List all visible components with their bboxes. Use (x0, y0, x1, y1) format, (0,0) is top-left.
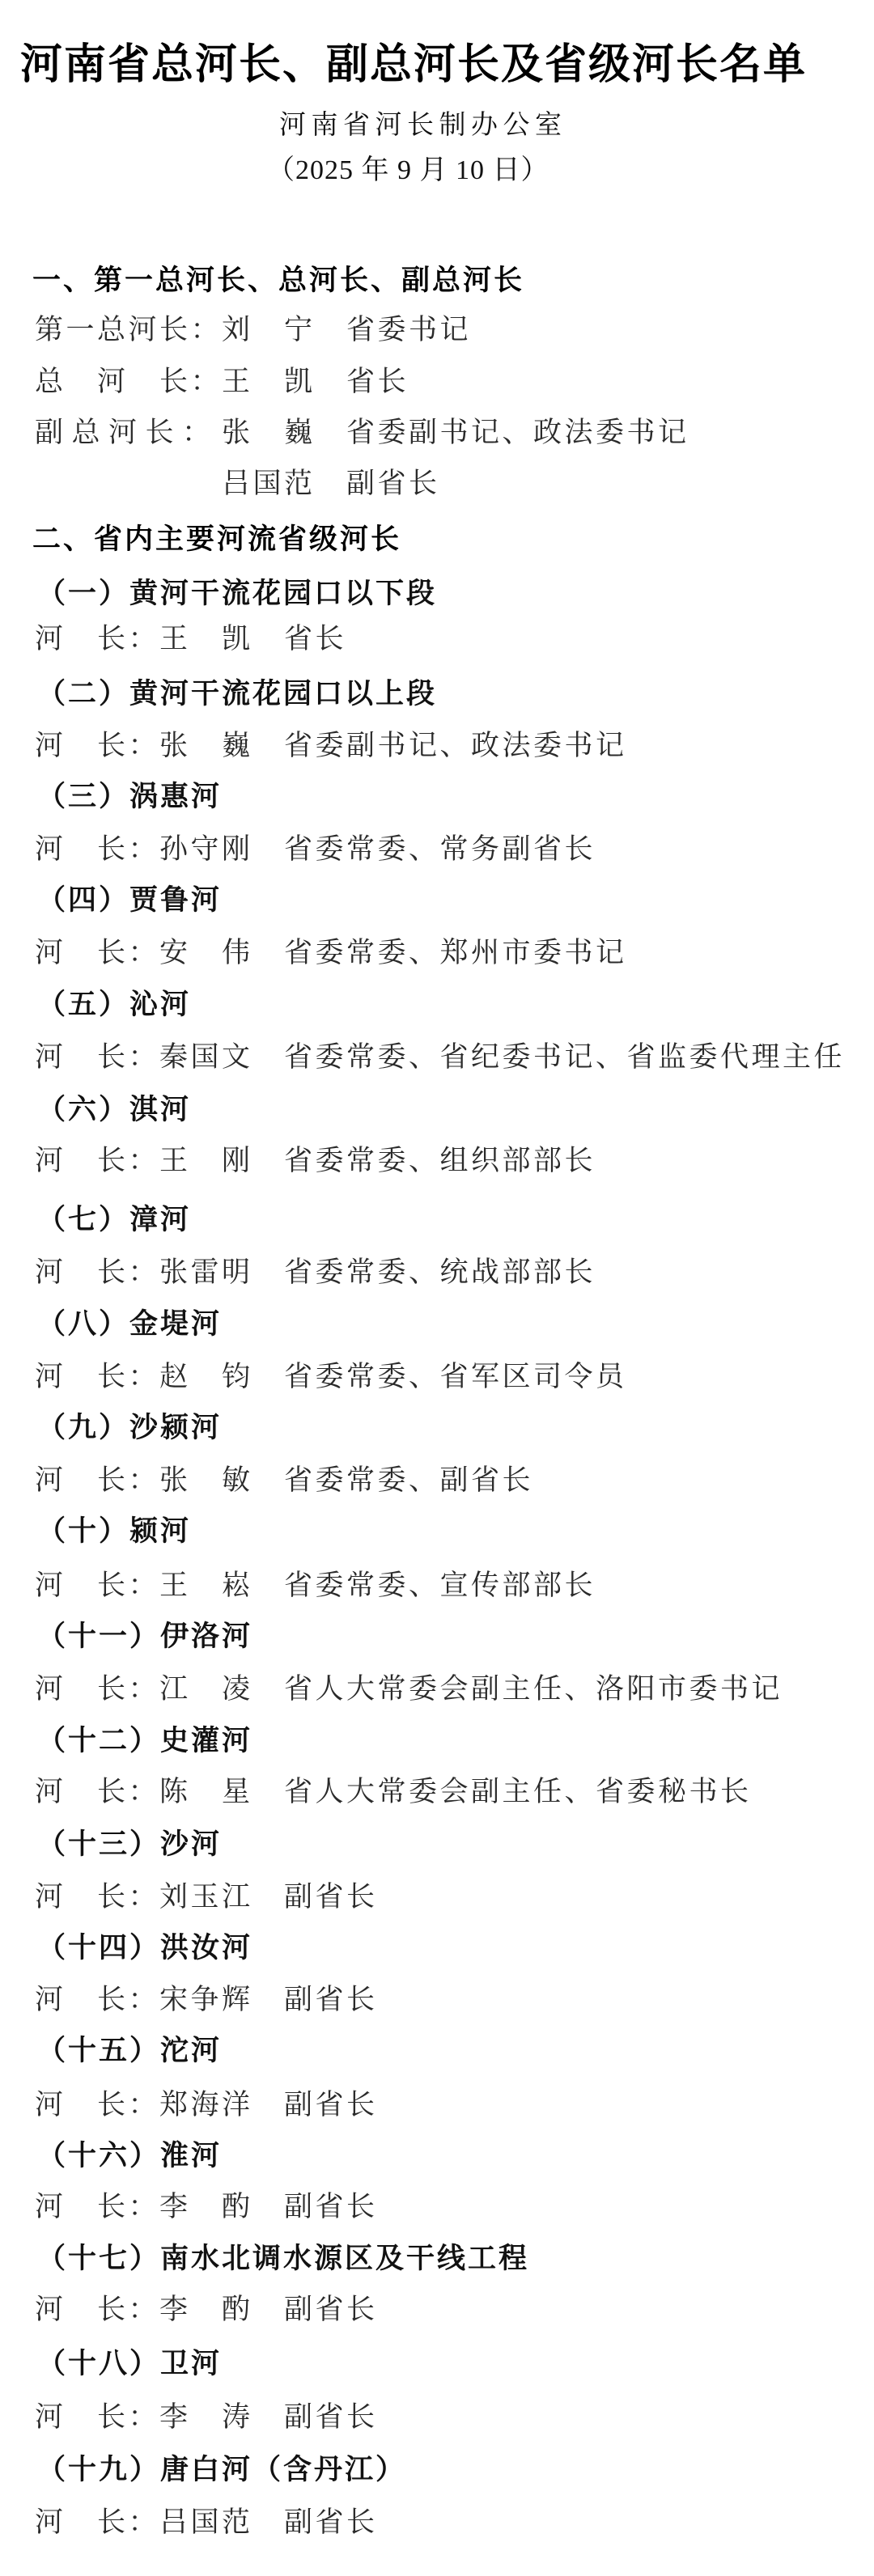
person-title: 省人大常委会副主任、省委秘书长 (284, 1774, 752, 1810)
person-title: 省委常委、统战部部长 (284, 1255, 596, 1290)
person-name: 李 酌 (159, 2292, 253, 2328)
river-name: 洪汝河 (160, 1931, 252, 1964)
person-name: 张雷明 (159, 1255, 253, 1290)
river-name: 卫河 (160, 2347, 222, 2380)
issue-date: （2025 年 9 月 10 日） (267, 153, 549, 189)
person-title: 副省长 (284, 2189, 378, 2225)
person-name: 安 伟 (159, 935, 253, 971)
person-title: 省委副书记、政法委书记 (284, 728, 627, 764)
person-title: 省委常委、常务副省长 (284, 832, 596, 867)
river-name: 沱河 (160, 2034, 222, 2067)
person-title: 副省长 (284, 2400, 378, 2435)
river-heading: （十）颍河 (37, 1514, 191, 1549)
role-label: 河 长： (35, 1359, 159, 1395)
river-heading: （八）金堤河 (37, 1307, 222, 1342)
river-name: 伊洛河 (160, 1620, 252, 1653)
person-title: 副省长 (284, 2292, 378, 2328)
role-label: 河 长： (35, 1463, 159, 1498)
role-label: 河 长： (35, 1255, 159, 1290)
person-name: 秦国文 (159, 1040, 253, 1075)
person-title: 省委副书记、政法委书记 (346, 415, 689, 451)
river-index: （十） (37, 1515, 129, 1548)
river-name: 颍河 (129, 1515, 191, 1548)
river-chief-row: 河 长：安 伟省委常委、郑州市委书记 (35, 935, 627, 971)
person-title: 省长 (346, 364, 409, 400)
river-chief-row: 河 长：王 凯省长 (35, 621, 346, 657)
person-name: 王 凯 (159, 621, 253, 657)
river-heading: （二）黄河干流花园口以上段 (37, 676, 437, 712)
person-title: 省长 (284, 621, 346, 657)
river-chief-row: 河 长：赵 钧省委常委、省军区司令员 (35, 1359, 627, 1395)
river-heading: （十六）淮河 (37, 2138, 222, 2174)
section-heading-chief-river-chiefs: 一、第一总河长、总河长、副总河长 (32, 263, 524, 299)
river-heading: （十三）沙河 (37, 1827, 222, 1862)
river-index: （十二） (37, 1724, 160, 1757)
river-name: 史灌河 (160, 1724, 252, 1757)
person-name: 张 巍 (222, 415, 316, 451)
person-title: 副省长 (284, 2505, 378, 2540)
river-index: （十九） (37, 2453, 160, 2486)
person-name: 张 巍 (159, 728, 253, 764)
person-title: 副省长 (284, 1879, 378, 1915)
river-name: 沙河 (160, 1828, 222, 1861)
river-chief-row: 河 长：宋争辉副省长 (35, 1982, 378, 2018)
role-label: 河 长： (35, 1671, 159, 1707)
river-heading: （十七）南水北调水源区及干线工程 (37, 2241, 529, 2277)
person-name: 李 酌 (159, 2189, 253, 2225)
person-name: 赵 钧 (159, 1359, 253, 1395)
river-index: （八） (37, 1307, 129, 1341)
river-index: （四） (37, 883, 129, 917)
person-title: 省委常委、省纪委书记、省监委代理主任 (284, 1040, 845, 1075)
river-index: （十五） (37, 2034, 160, 2067)
river-index: （二） (37, 677, 129, 710)
deputy-general-river-chief-row: 副总河长：张 巍省委副书记、政法委书记 (35, 415, 689, 451)
person-name: 孙守刚 (159, 832, 253, 867)
river-name: 黄河干流花园口以下段 (129, 577, 437, 610)
issuing-office: 河南省河长制办公室 (279, 107, 567, 142)
river-name: 贾鲁河 (129, 883, 222, 917)
river-chief-row: 河 长：李 酌副省长 (35, 2189, 378, 2225)
river-heading: （九）沙颍河 (37, 1410, 222, 1446)
river-name: 唐白河（含丹江） (160, 2453, 406, 2486)
role-label: 河 长： (35, 728, 159, 764)
first-general-river-chief-row: 第一总河长：刘 宁省委书记 (35, 312, 471, 348)
person-title: 省委书记 (346, 312, 471, 348)
person-name: 陈 星 (159, 1774, 253, 1810)
role-label: 河 长： (35, 1568, 159, 1604)
river-index: （七） (37, 1203, 129, 1236)
person-name: 吕国范 (159, 2505, 253, 2540)
general-river-chief-row: 总 河 长：王 凯省长 (35, 364, 409, 400)
river-chief-row: 河 长：江 凌省人大常委会副主任、洛阳市委书记 (35, 1671, 783, 1707)
river-name: 沙颍河 (129, 1411, 222, 1444)
person-title: 省委常委、省军区司令员 (284, 1359, 627, 1395)
river-heading: （十四）洪汝河 (37, 1930, 252, 1966)
river-heading: （五）沁河 (37, 987, 191, 1023)
river-chief-row: 河 长：秦国文省委常委、省纪委书记、省监委代理主任 (35, 1040, 845, 1075)
person-name: 刘玉江 (159, 1879, 253, 1915)
person-name: 郑海洋 (159, 2087, 253, 2123)
river-name: 南水北调水源区及干线工程 (160, 2242, 529, 2275)
river-name: 淇河 (129, 1093, 191, 1126)
river-heading: （一）黄河干流花园口以下段 (37, 576, 437, 612)
river-index: （三） (37, 780, 129, 813)
river-index: （五） (37, 988, 129, 1021)
role-label: 河 长： (35, 935, 159, 971)
person-title: 省人大常委会副主任、洛阳市委书记 (284, 1671, 783, 1707)
person-name: 吕国范 (222, 466, 316, 502)
river-index: （十四） (37, 1931, 160, 1964)
role-label: 副总河长： (35, 415, 222, 451)
river-chief-row: 河 长：陈 星省人大常委会副主任、省委秘书长 (35, 1774, 752, 1810)
person-name: 王 刚 (159, 1143, 253, 1179)
river-chief-row: 河 长：孙守刚省委常委、常务副省长 (35, 832, 596, 867)
role-label: 河 长： (35, 1774, 159, 1810)
person-name: 王 崧 (159, 1568, 253, 1604)
person-title: 副省长 (346, 466, 440, 502)
river-name: 金堤河 (129, 1307, 222, 1341)
person-name: 张 敏 (159, 1463, 253, 1498)
river-chief-row: 河 长：刘玉江副省长 (35, 1879, 378, 1915)
person-name: 宋争辉 (159, 1982, 253, 2018)
river-heading: （六）淇河 (37, 1092, 191, 1128)
river-chief-row: 河 长：郑海洋副省长 (35, 2087, 378, 2123)
river-heading: （三）涡惠河 (37, 779, 222, 815)
river-index: （十八） (37, 2347, 160, 2380)
river-chief-row: 河 长：吕国范副省长 (35, 2505, 378, 2540)
person-name: 李 涛 (159, 2400, 253, 2435)
role-label: 河 长： (35, 621, 159, 657)
river-heading: （七）漳河 (37, 1202, 191, 1238)
role-label: 河 长： (35, 1143, 159, 1179)
document-title: 河南省总河长、副总河长及省级河长名单 (20, 39, 807, 91)
river-name: 涡惠河 (129, 780, 222, 813)
river-index: （十三） (37, 1828, 160, 1861)
river-heading: （十八）卫河 (37, 2346, 222, 2382)
role-label: 河 长： (35, 832, 159, 867)
role-label: 河 长： (35, 2292, 159, 2328)
river-heading: （十二）史灌河 (37, 1723, 252, 1759)
river-chief-row: 河 长：李 酌副省长 (35, 2292, 378, 2328)
role-label: 河 长： (35, 2400, 159, 2435)
river-name: 沁河 (129, 988, 191, 1021)
river-name: 黄河干流花园口以上段 (129, 677, 437, 710)
role-label: 第一总河长： (35, 312, 222, 348)
river-heading: （四）贾鲁河 (37, 883, 222, 918)
river-chief-row: 河 长：王 刚省委常委、组织部部长 (35, 1143, 596, 1179)
role-label: 总 河 长： (35, 364, 222, 400)
river-chief-row: 河 长：张雷明省委常委、统战部部长 (35, 1255, 596, 1290)
river-name: 淮河 (160, 2139, 222, 2172)
role-label: 河 长： (35, 2505, 159, 2540)
river-index: （十六） (37, 2139, 160, 2172)
person-title: 副省长 (284, 1982, 378, 2018)
section-heading-major-rivers: 二、省内主要河流省级河长 (32, 522, 401, 557)
river-index: （九） (37, 1411, 129, 1444)
river-index: （十一） (37, 1620, 160, 1653)
person-name: 王 凯 (222, 364, 316, 400)
person-title: 省委常委、副省长 (284, 1463, 533, 1498)
river-chief-row: 河 长：张 巍省委副书记、政法委书记 (35, 728, 627, 764)
river-heading: （十五）沱河 (37, 2033, 222, 2069)
role-label: 河 长： (35, 2087, 159, 2123)
deputy-general-river-chief-row-2: 吕国范副省长 (35, 466, 440, 502)
person-title: 省委常委、宣传部部长 (284, 1568, 596, 1604)
role-label: 河 长： (35, 1879, 159, 1915)
river-chief-row: 河 长：张 敏省委常委、副省长 (35, 1463, 533, 1498)
person-name: 刘 宁 (222, 312, 316, 348)
role-label: 河 长： (35, 2189, 159, 2225)
role-label: 河 长： (35, 1040, 159, 1075)
person-name: 江 凌 (159, 1671, 253, 1707)
river-heading: （十九）唐白河（含丹江） (37, 2452, 406, 2488)
river-index: （六） (37, 1093, 129, 1126)
river-chief-row: 河 长：李 涛副省长 (35, 2400, 378, 2435)
river-name: 漳河 (129, 1203, 191, 1236)
river-heading: （十一）伊洛河 (37, 1619, 252, 1654)
role-label: 河 长： (35, 1982, 159, 2018)
river-index: （一） (37, 577, 129, 610)
person-title: 省委常委、组织部部长 (284, 1143, 596, 1179)
person-title: 副省长 (284, 2087, 378, 2123)
river-chief-row: 河 长：王 崧省委常委、宣传部部长 (35, 1568, 596, 1604)
river-index: （十七） (37, 2242, 160, 2275)
person-title: 省委常委、郑州市委书记 (284, 935, 627, 971)
